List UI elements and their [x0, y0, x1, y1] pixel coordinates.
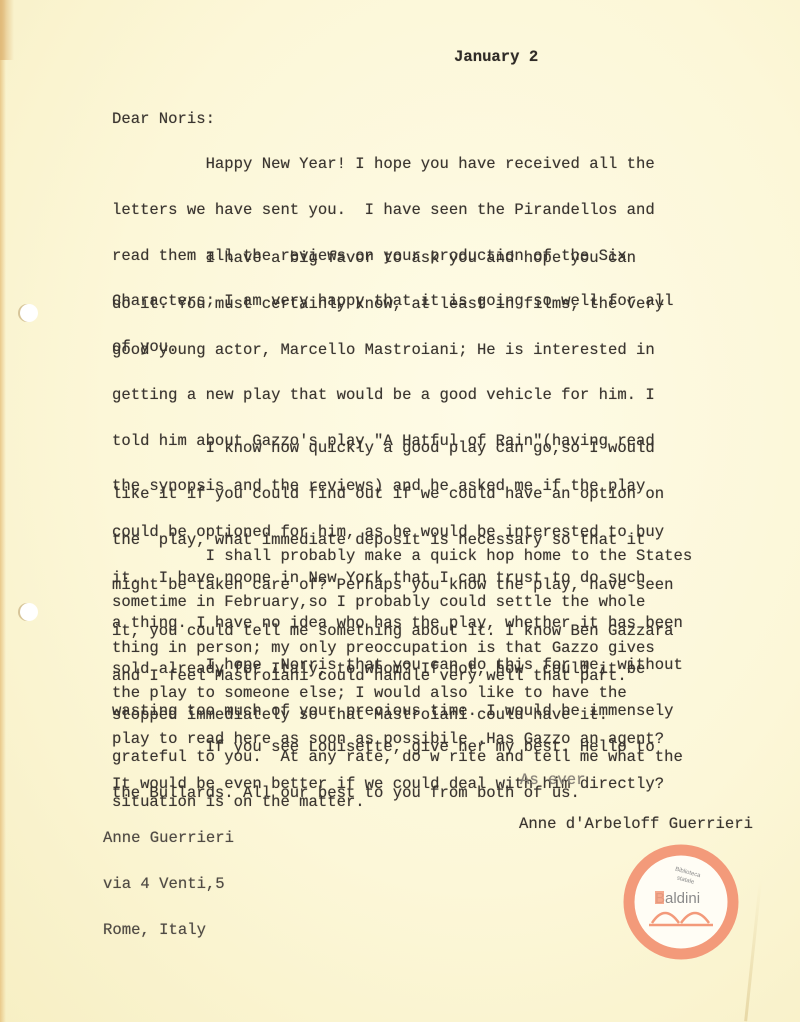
- stamp-accent-b-icon: [655, 891, 664, 904]
- closing: As ever: [520, 773, 586, 788]
- text-line: I know how quickly a good play can go,so…: [112, 441, 673, 456]
- salutation: Dear Noris:: [112, 112, 215, 127]
- text-line: getting a new play that would be a good …: [112, 388, 683, 403]
- paper-fold-line: [744, 880, 762, 1022]
- library-stamp-logo: Biblioteca statale Baldini: [622, 843, 740, 961]
- signature: Anne d'Arbeloff Guerrieri: [519, 817, 753, 832]
- text-line: sometime in February,so I probably could…: [112, 595, 692, 610]
- text-line: good young actor, Marcello Mastroiani; H…: [112, 343, 683, 358]
- paper-corner-stain: [0, 0, 14, 60]
- punch-hole-bottom: [20, 603, 38, 621]
- text-line: do it. You must certainly know, at least…: [112, 297, 683, 312]
- text-line: If you see Louisette, give her my best. …: [112, 740, 655, 755]
- letter-date: January 2: [454, 50, 538, 65]
- letter-page: January 2 Dear Noris: Happy New Year! I …: [0, 0, 800, 1022]
- paper-edge-shadow: [0, 0, 6, 1022]
- text-line: like it if you could find out if we coul…: [112, 487, 673, 502]
- return-address-city: Rome, Italy: [103, 923, 234, 938]
- text-line: I hope ,Norris that you can do this for …: [112, 658, 683, 673]
- text-line: I have a big favor to ask you and hope y…: [112, 251, 683, 266]
- return-address-name: Anne Guerrieri: [103, 831, 234, 846]
- text-line: letters we have sent you. I have seen th…: [112, 203, 673, 218]
- return-address-street: via 4 Venti,5: [103, 877, 234, 892]
- punch-hole-top: [20, 304, 38, 322]
- text-line: I shall probably make a quick hop home t…: [112, 549, 692, 564]
- text-line: Happy New Year! I hope you have received…: [112, 157, 673, 172]
- return-address: Anne Guerrieri via 4 Venti,5 Rome, Italy: [103, 801, 234, 968]
